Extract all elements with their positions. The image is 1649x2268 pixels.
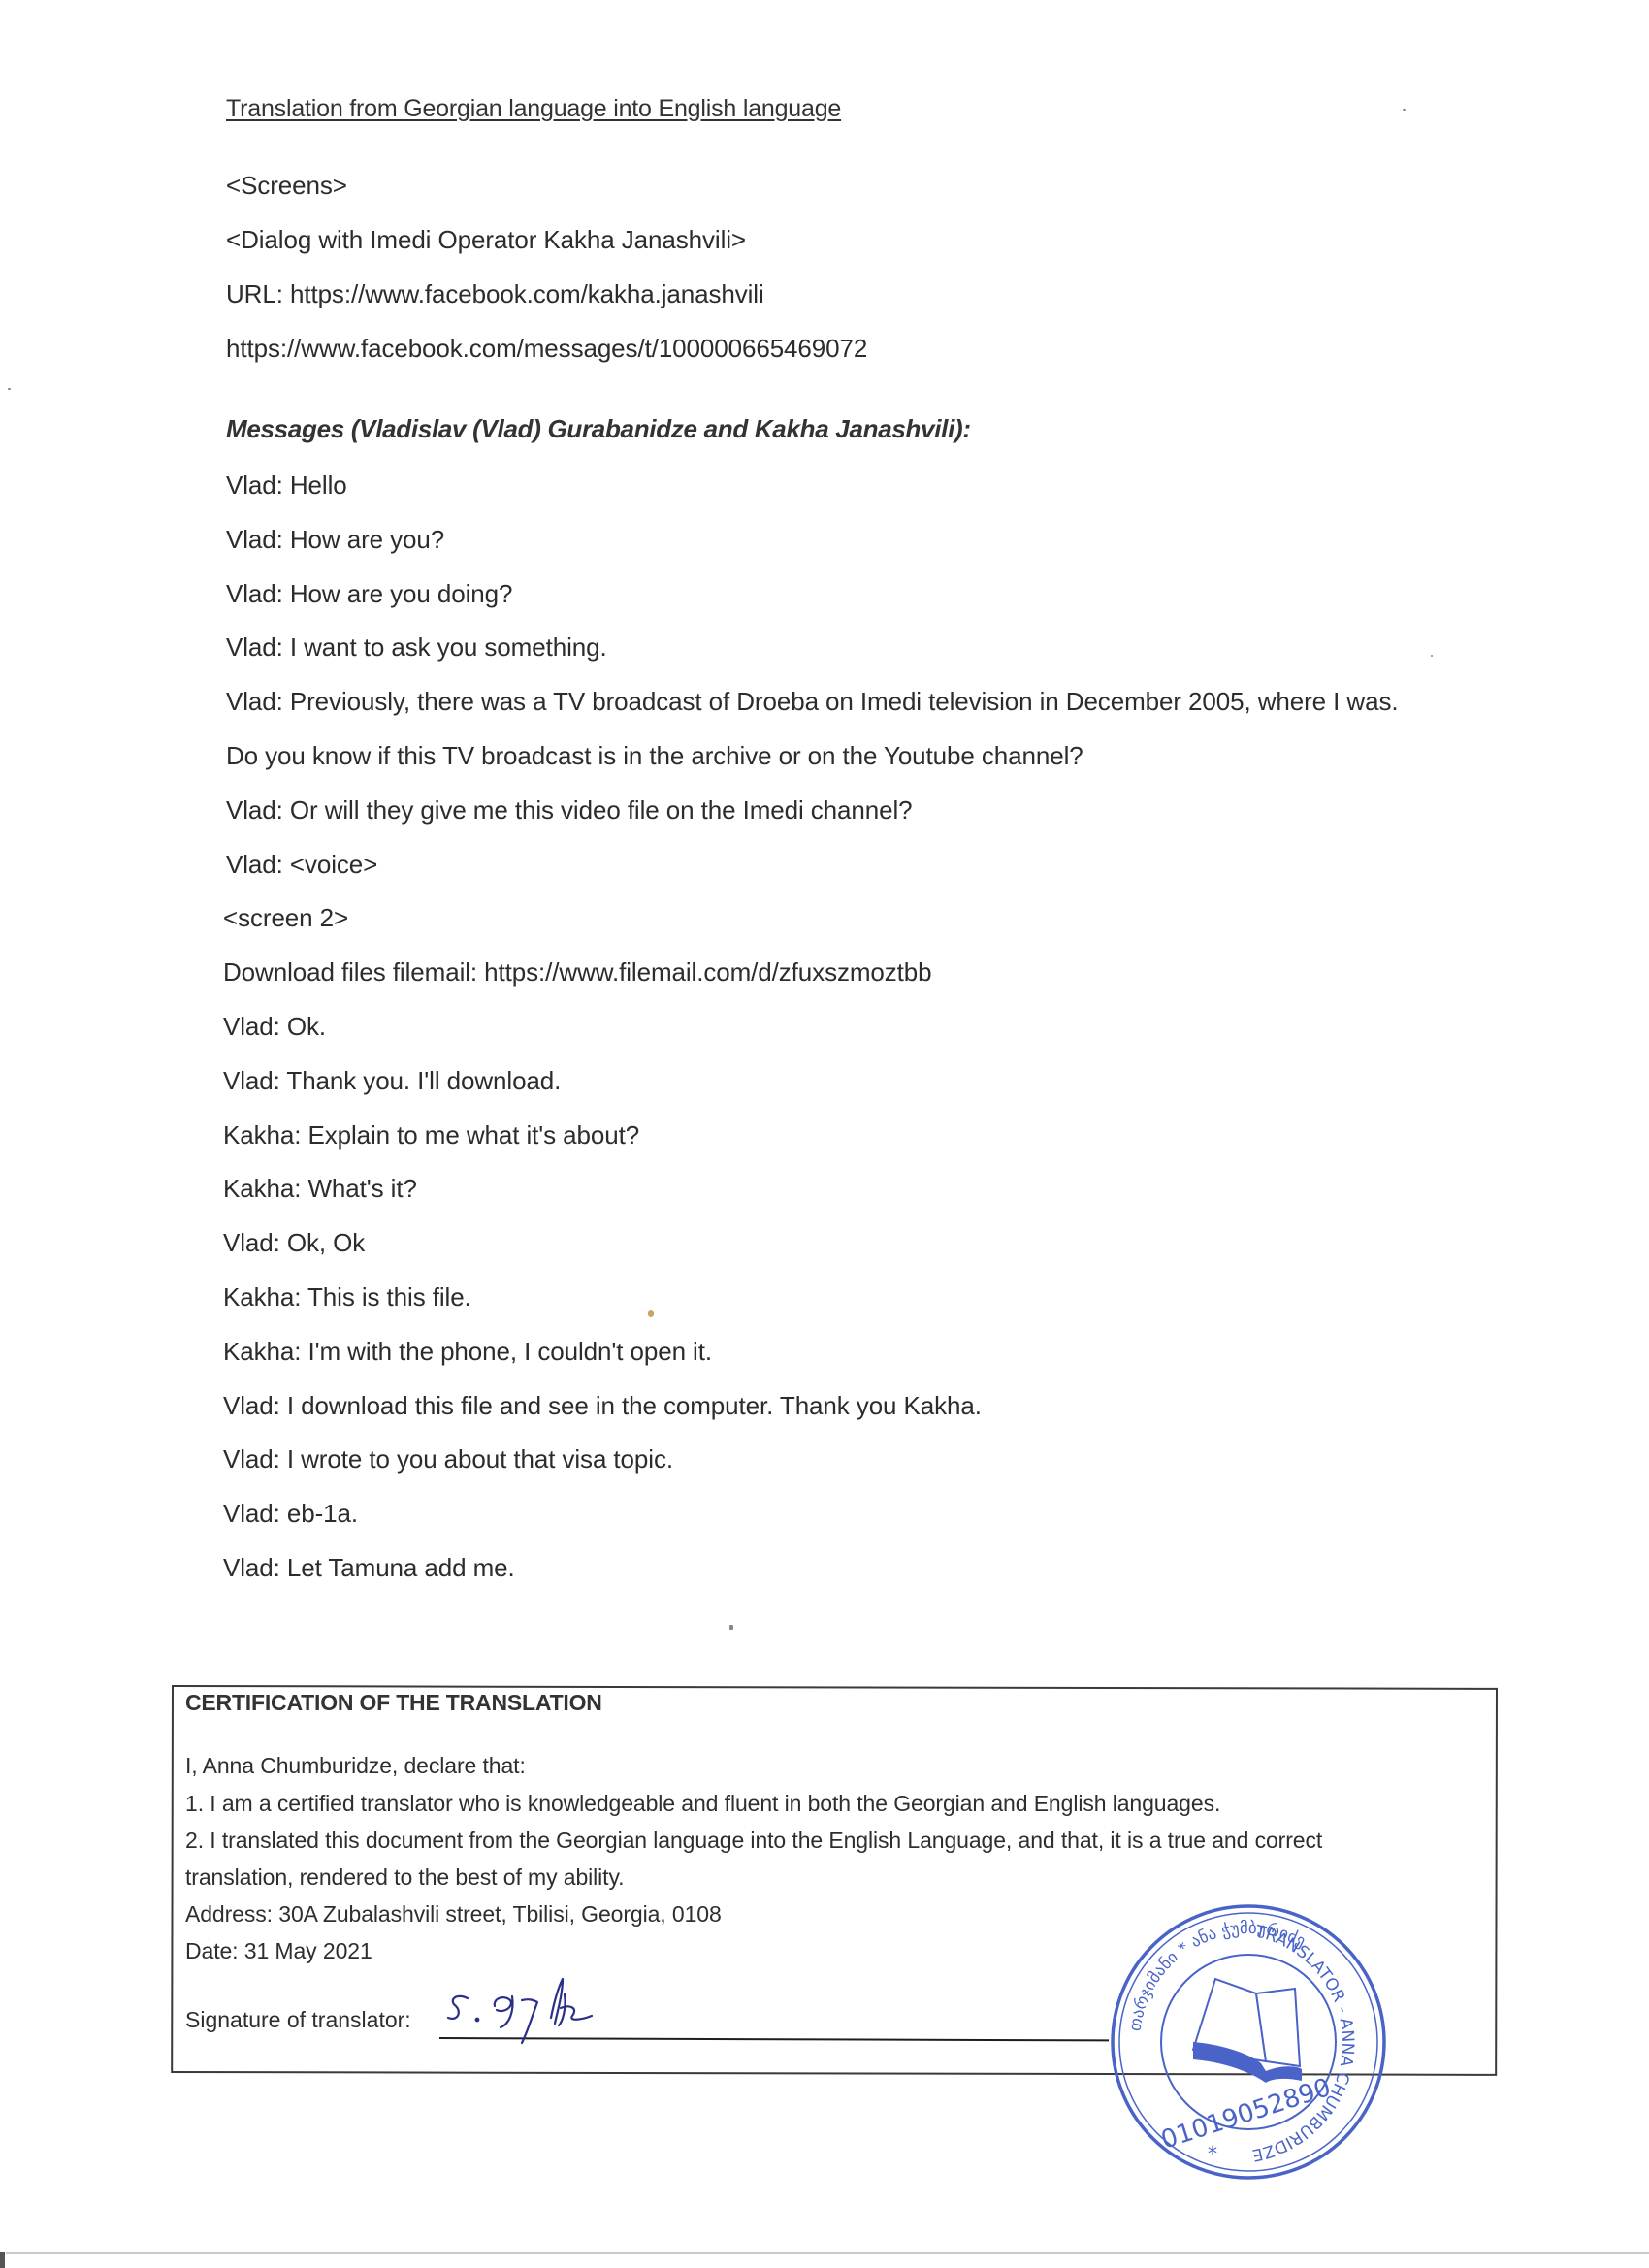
message-line: Vlad: Thank you. I'll download. <box>223 1066 561 1096</box>
certification-clause-2: 2. I translated this document from the G… <box>185 1828 1322 1854</box>
header-line-screens: <Screens> <box>226 171 347 201</box>
scan-edge-line <box>6 2252 1649 2254</box>
svg-text:01019052890: 01019052890 <box>1157 2073 1334 2155</box>
signature-label: Signature of translator: <box>185 2007 411 2033</box>
header-line-url: URL: https://www.facebook.com/kakha.jana… <box>226 279 764 309</box>
scan-speck <box>1431 655 1433 657</box>
message-line: Vlad: How are you doing? <box>226 579 512 609</box>
message-line: Vlad: How are you? <box>226 525 444 555</box>
header-line-dialog: <Dialog with Imedi Operator Kakha Janash… <box>226 225 746 255</box>
message-line: Vlad: Let Tamuna add me. <box>223 1553 515 1583</box>
open-book-icon <box>1193 1979 1302 2083</box>
message-line: Vlad: I download this file and see in th… <box>223 1391 982 1421</box>
translator-stamp: თარჯიმანი * ანა ჭუმბურიძე TRANSLATOR - A… <box>1101 1896 1397 2187</box>
certification-date: Date: 31 May 2021 <box>185 1938 372 1964</box>
message-line: Vlad: Ok, Ok <box>223 1228 365 1258</box>
scan-speck <box>8 388 11 390</box>
scan-speck <box>648 1310 654 1317</box>
certification-clause-1: 1. I am a certified translator who is kn… <box>185 1791 1220 1817</box>
message-line: Kakha: Explain to me what it's about? <box>223 1120 639 1150</box>
scan-edge-mark <box>0 2252 5 2268</box>
message-line: Vlad: Or will they give me this video fi… <box>226 795 913 826</box>
header-line-messages-url: https://www.facebook.com/messages/t/1000… <box>226 334 867 364</box>
page-title: Translation from Georgian language into … <box>226 95 841 123</box>
message-line: Download files filemail: https://www.fil… <box>223 957 932 988</box>
message-line: Vlad: Hello <box>226 470 347 501</box>
scan-speck <box>729 1625 733 1630</box>
certification-declarant: I, Anna Chumburidze, declare that: <box>185 1753 526 1779</box>
message-line: Do you know if this TV broadcast is in t… <box>226 741 1083 771</box>
svg-text:*: * <box>1208 2142 1217 2165</box>
certification-clause-2-cont: translation, rendered to the best of my … <box>185 1864 624 1891</box>
certification-address: Address: 30A Zubalashvili street, Tbilis… <box>185 1901 722 1928</box>
message-line: Vlad: I wrote to you about that visa top… <box>223 1444 673 1474</box>
message-line: Vlad: <voice> <box>226 850 377 880</box>
message-line: Kakha: This is this file. <box>223 1282 471 1312</box>
message-line: Vlad: eb-1a. <box>223 1499 358 1529</box>
message-line: Vlad: Previously, there was a TV broadca… <box>226 687 1398 717</box>
messages-heading: Messages (Vladislav (Vlad) Gurabanidze a… <box>226 414 971 444</box>
message-line: Vlad: I want to ask you something. <box>226 632 607 663</box>
handwritten-signature <box>436 1969 679 2047</box>
certification-title: CERTIFICATION OF THE TRANSLATION <box>185 1690 602 1716</box>
message-line: Vlad: Ok. <box>223 1012 326 1042</box>
message-line: Kakha: I'm with the phone, I couldn't op… <box>223 1337 712 1367</box>
scan-speck <box>1403 109 1406 111</box>
message-line: Kakha: What's it? <box>223 1174 417 1204</box>
message-line: <screen 2> <box>223 903 348 933</box>
